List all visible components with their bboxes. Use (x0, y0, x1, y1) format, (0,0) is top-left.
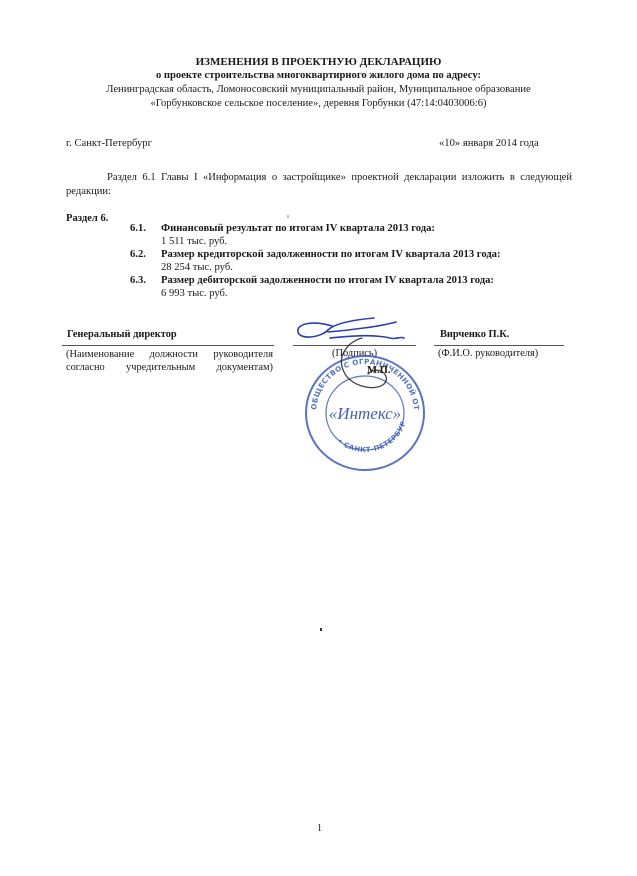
item-number: 6.1. (130, 223, 146, 234)
position-underline (62, 345, 274, 346)
item-value: 28 254 тыс. руб. (161, 262, 233, 273)
item-number: 6.3. (130, 275, 146, 286)
address-line-1: Ленинградская область, Ломоносовский мун… (0, 84, 637, 95)
document-title: ИЗМЕНЕНИЯ В ПРОЕКТНУЮ ДЕКЛАРАЦИЮ (0, 56, 637, 68)
name-caption: (Ф.И.О. руководителя) (438, 348, 538, 359)
document-subtitle: о проекте строительства многоквартирного… (0, 70, 637, 81)
seal-mark: М.П. (367, 365, 391, 376)
item-number: 6.2. (130, 249, 146, 260)
scan-speck (287, 215, 289, 218)
signer-name: Вирченко П.К. (440, 329, 509, 340)
signature-icon (292, 312, 442, 412)
page-number: 1 (317, 823, 322, 834)
scan-speck (320, 628, 322, 631)
city: г. Санкт-Петербург (66, 138, 152, 149)
item-title: Финансовый результат по итогам IV кварта… (161, 223, 435, 234)
section-label: Раздел 6. (66, 213, 108, 224)
item-title: Размер кредиторской задолженности по ито… (161, 249, 501, 260)
item-value: 1 511 тыс. руб. (161, 236, 227, 247)
name-underline (434, 345, 564, 346)
position-caption: (Наименование должности руководителя сог… (66, 348, 273, 374)
position-title: Генеральный директор (67, 329, 177, 340)
item-title: Размер дебиторской задолженности по итог… (161, 275, 494, 286)
item-value: 6 993 тыс. руб. (161, 288, 228, 299)
document-date: «10» января 2014 года (439, 138, 539, 149)
address-line-2: «Горбунковское сельское поселение», дере… (0, 98, 637, 109)
intro-paragraph: Раздел 6.1 Главы I «Информация о застрой… (66, 171, 572, 199)
